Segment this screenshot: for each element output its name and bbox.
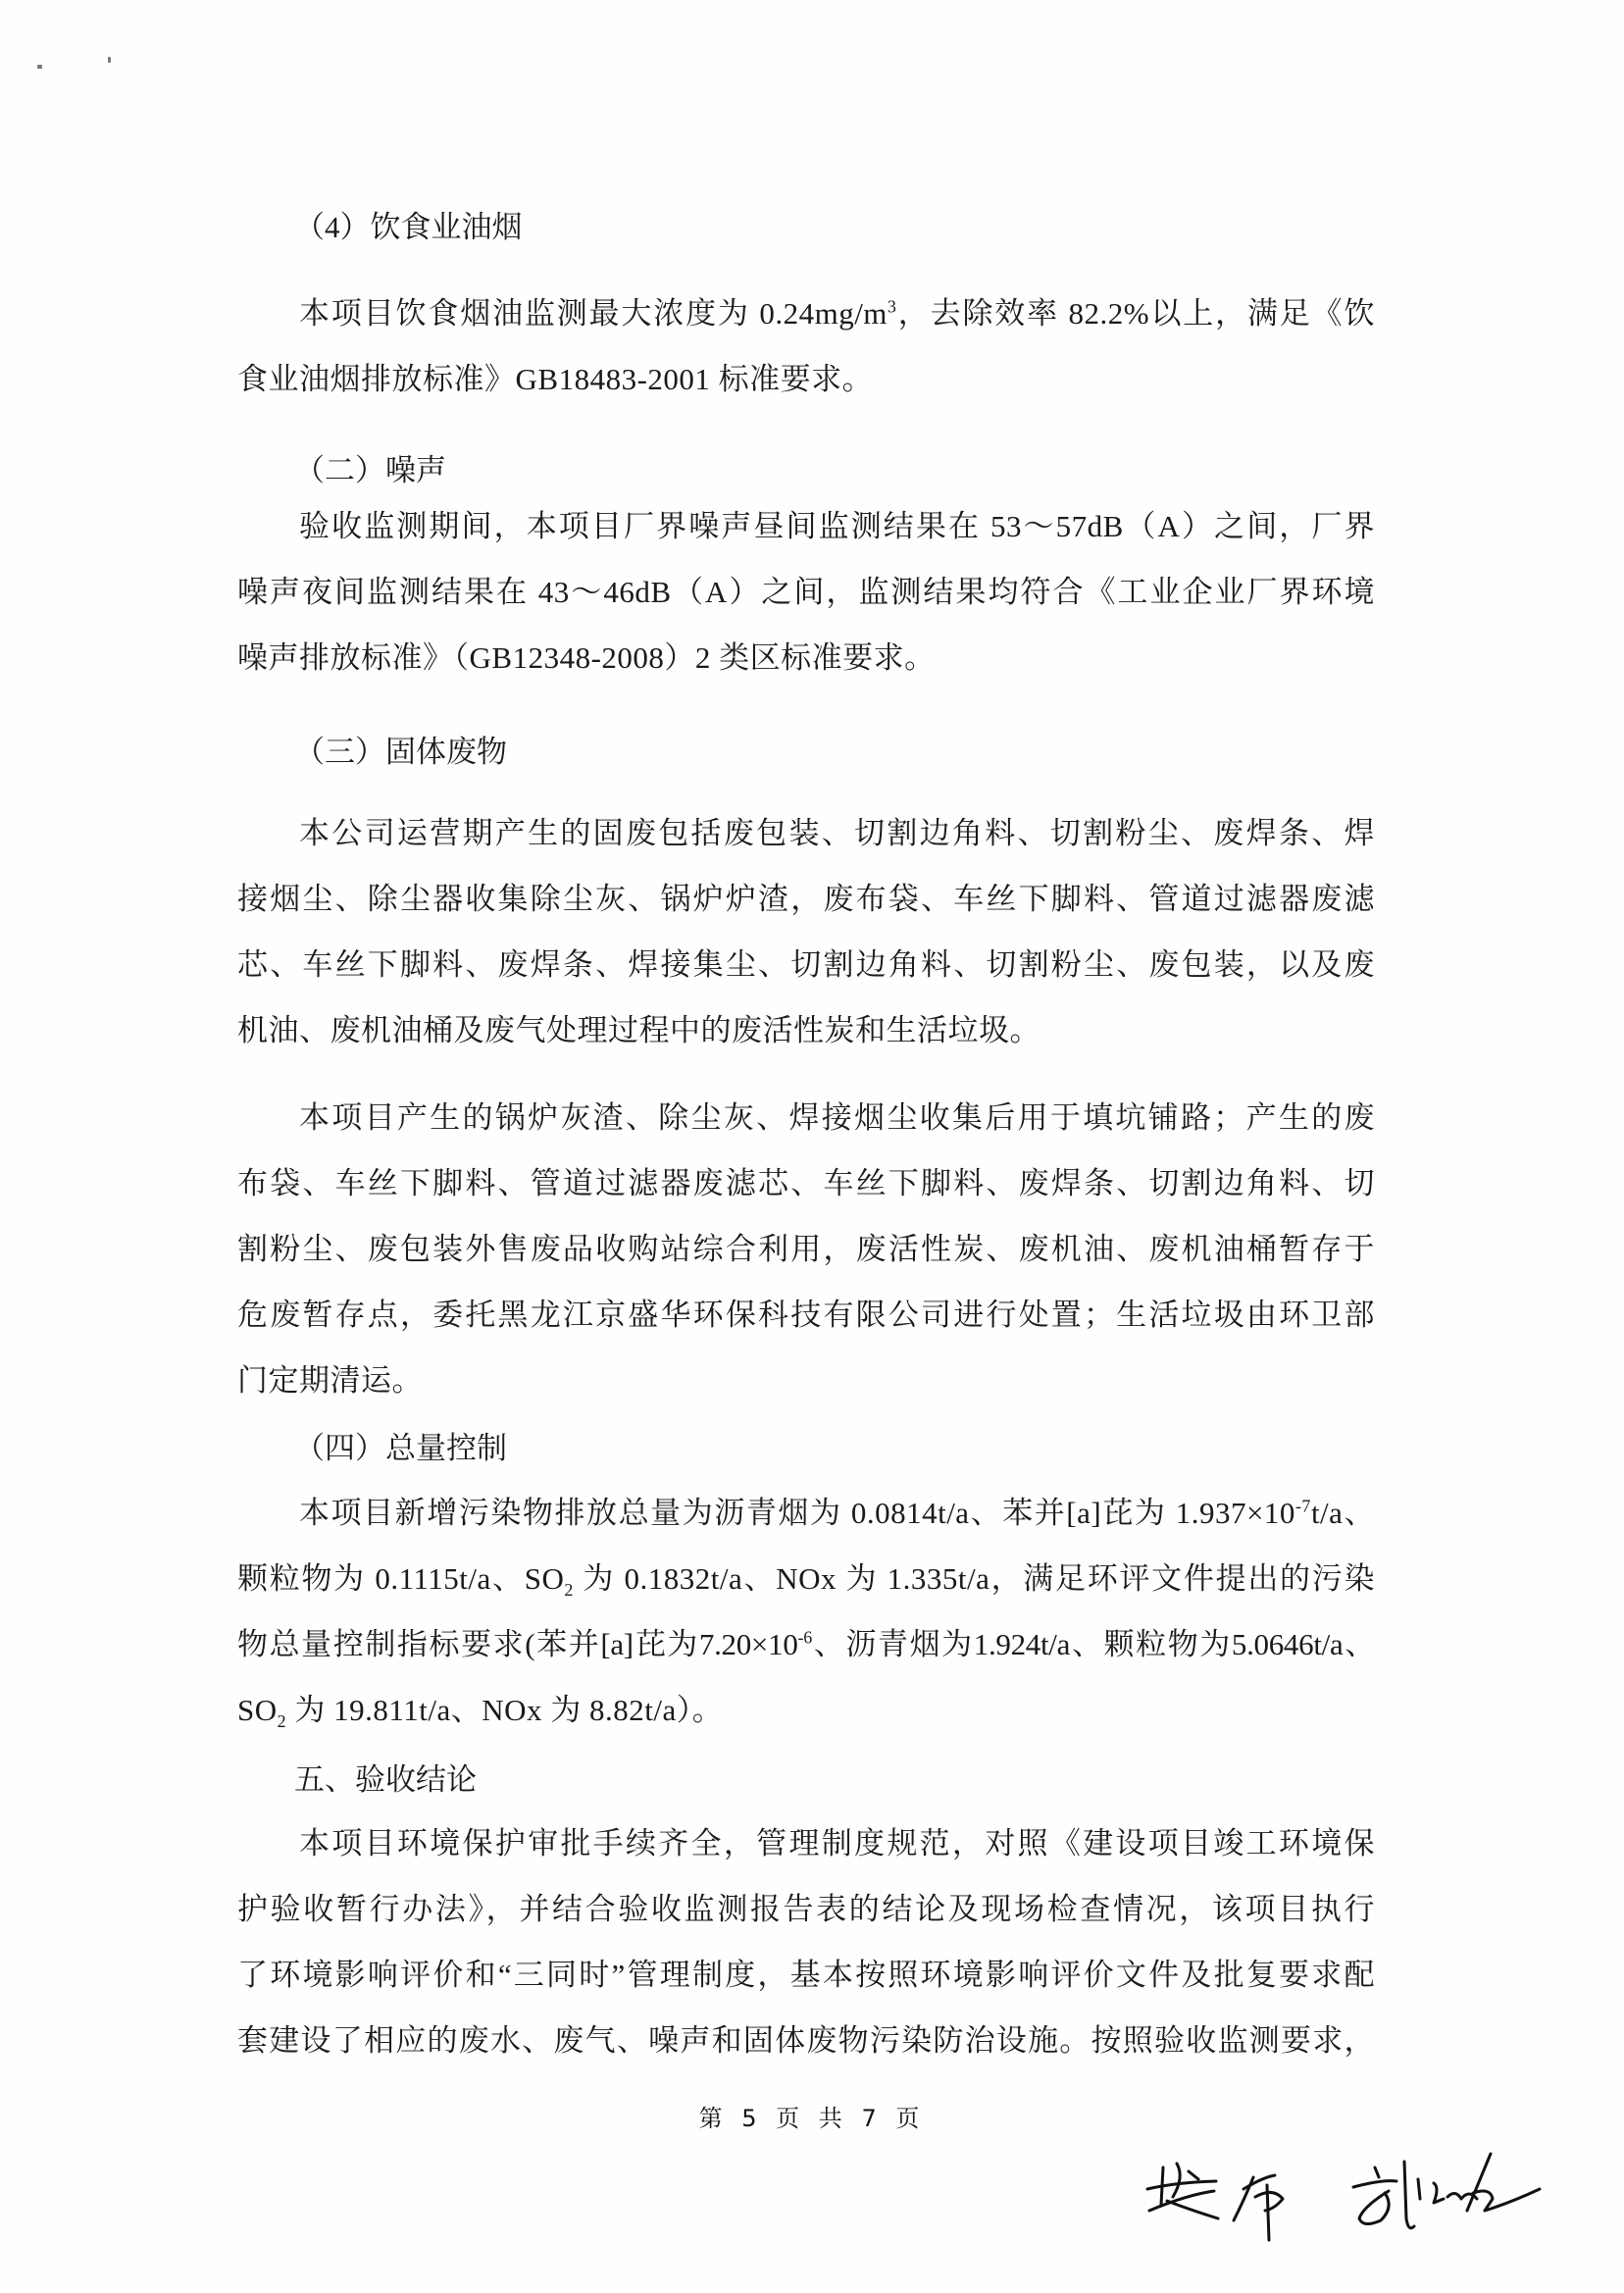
text: 、沥青烟为1.924t/a、颗粒物为5.0646t/a、 [812,1627,1375,1661]
text: 本项目新增污染物排放总量为沥青烟为 0.0814t/a、苯并[a]芘为 1.93… [299,1496,1295,1530]
text: 本项目饮食烟油监测最大浓度为 0.24mg/m [299,296,888,331]
paragraph-line: 本项目饮食烟油监测最大浓度为 0.24mg/m3，去除效率 82.2%以上，满足… [299,294,1375,333]
paragraph-line: 验收监测期间，本项目厂界噪声昼间监测结果在 53～57dB（A）之间，厂界 [299,507,1375,546]
paragraph-line: 布袋、车丝下脚料、管道过滤器废滤芯、车丝下脚料、废焊条、切割边角料、切 [237,1164,1375,1203]
text: t/a、 [1311,1496,1375,1530]
handwritten-signatures [1128,2128,1559,2256]
paragraph-line: 芯、车丝下脚料、废焊条、焊接集尘、切割边角料、切割粉尘、废包装，以及废 [237,945,1375,985]
superscript: -7 [1295,1497,1311,1516]
paragraph-line: 本项目环境保护审批手续齐全，管理制度规范，对照《建设项目竣工环境保 [299,1824,1375,1863]
scan-speck [37,65,42,69]
paragraph-line: 颗粒物为 0.1115t/a、SO2 为 0.1832t/a、NOx 为 1.3… [237,1559,1375,1599]
paragraph-line: 了环境影响评价和“三同时”管理制度，基本按照环境影响评价文件及批复要求配 [237,1956,1375,1995]
subscript: 2 [278,1711,287,1731]
paragraph-line: 物总量控制指标要求(苯并[a]芘为7.20×10-6、沥青烟为1.924t/a、… [237,1625,1375,1664]
signature-1-icon [1147,2164,1283,2240]
signature-2-icon [1353,2154,1540,2228]
document-page: （4）饮食业油烟 本项目饮食烟油监测最大浓度为 0.24mg/m3，去除效率 8… [0,0,1624,2293]
superscript: -6 [798,1628,812,1648]
scan-speck [108,57,111,63]
section-heading-conclusion: 五、验收结论 [294,1760,477,1800]
section-heading-catering-fumes: （4）饮食业油烟 [294,208,523,247]
paragraph-line: 噪声夜间监测结果在 43～46dB（A）之间，监测结果均符合《工业企业厂界环境 [237,573,1375,612]
paragraph-line: 本公司运营期产生的固废包括废包装、切割边角料、切割粉尘、废焊条、焊 [299,814,1375,853]
paragraph-line: 噪声排放标准》（GB12348-2008）2 类区标准要求。 [237,638,1375,678]
text: ，去除效率 82.2%以上，满足《饮 [896,296,1375,331]
superscript: 3 [888,297,897,317]
text: SO [237,1693,278,1727]
section-heading-noise: （二）噪声 [294,451,446,490]
text: 颗粒物为 0.1115t/a、SO [237,1561,564,1596]
paragraph-line: 机油、废机油桶及废气处理过程中的废活性炭和生活垃圾。 [237,1011,1375,1050]
section-heading-solid-waste: （三）固体废物 [294,733,507,772]
text: 为 19.811t/a、NOx 为 8.82t/a）。 [286,1693,723,1727]
text: 为 0.1832t/a、NOx 为 1.335t/a，满足环评文件提出的污染 [574,1561,1375,1596]
section-heading-total-control: （四）总量控制 [294,1429,507,1468]
paragraph-line: 危废暂存点，委托黑龙江京盛华环保科技有限公司进行处置；生活垃圾由环卫部 [237,1296,1375,1335]
paragraph-line: SO2 为 19.811t/a、NOx 为 8.82t/a）。 [237,1691,1375,1730]
subscript: 2 [564,1580,574,1600]
paragraph-line: 门定期清运。 [237,1361,1375,1401]
paragraph-line: 本项目产生的锅炉灰渣、除尘灰、焊接烟尘收集后用于填坑铺路；产生的废 [299,1098,1375,1138]
paragraph-line: 护验收暂行办法》，并结合验收监测报告表的结论及现场检查情况，该项目执行 [237,1890,1375,1929]
paragraph-line: 套建设了相应的废水、废气、噪声和固体废物污染防治设施。按照验收监测要求， [237,2021,1375,2061]
text: 物总量控制指标要求(苯并[a]芘为7.20×10 [237,1627,798,1661]
paragraph-line: 接烟尘、除尘器收集除尘灰、锅炉炉渣，废布袋、车丝下脚料、管道过滤器废滤 [237,880,1375,919]
paragraph-line: 割粉尘、废包装外售废品收购站综合利用，废活性炭、废机油、废机油桶暂存于 [237,1230,1375,1269]
paragraph-line: 食业油烟排放标准》GB18483-2001 标准要求。 [237,360,1375,399]
paragraph-line: 本项目新增污染物排放总量为沥青烟为 0.0814t/a、苯并[a]芘为 1.93… [299,1494,1375,1533]
